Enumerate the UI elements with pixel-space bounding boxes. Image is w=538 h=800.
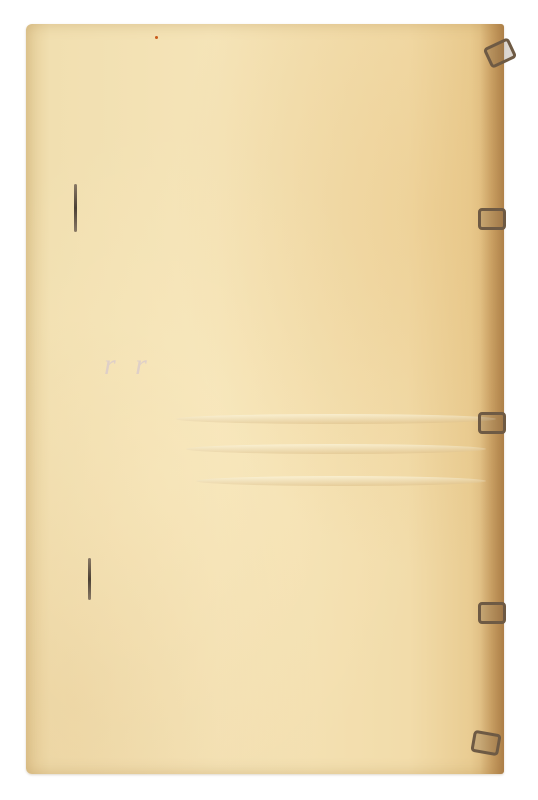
spine-tie	[478, 602, 506, 624]
crease	[196, 476, 486, 486]
spine-tie	[470, 730, 501, 757]
crease	[176, 414, 496, 424]
stain-spot	[155, 36, 158, 39]
spine-edge	[480, 24, 504, 774]
tie-slit	[74, 184, 77, 232]
spine-tie	[478, 412, 506, 434]
tie-slit	[88, 558, 91, 600]
spine-tie	[478, 208, 506, 230]
faded-inscription: r r	[104, 348, 153, 382]
vellum-book-cover	[26, 24, 504, 774]
crease	[186, 444, 486, 454]
